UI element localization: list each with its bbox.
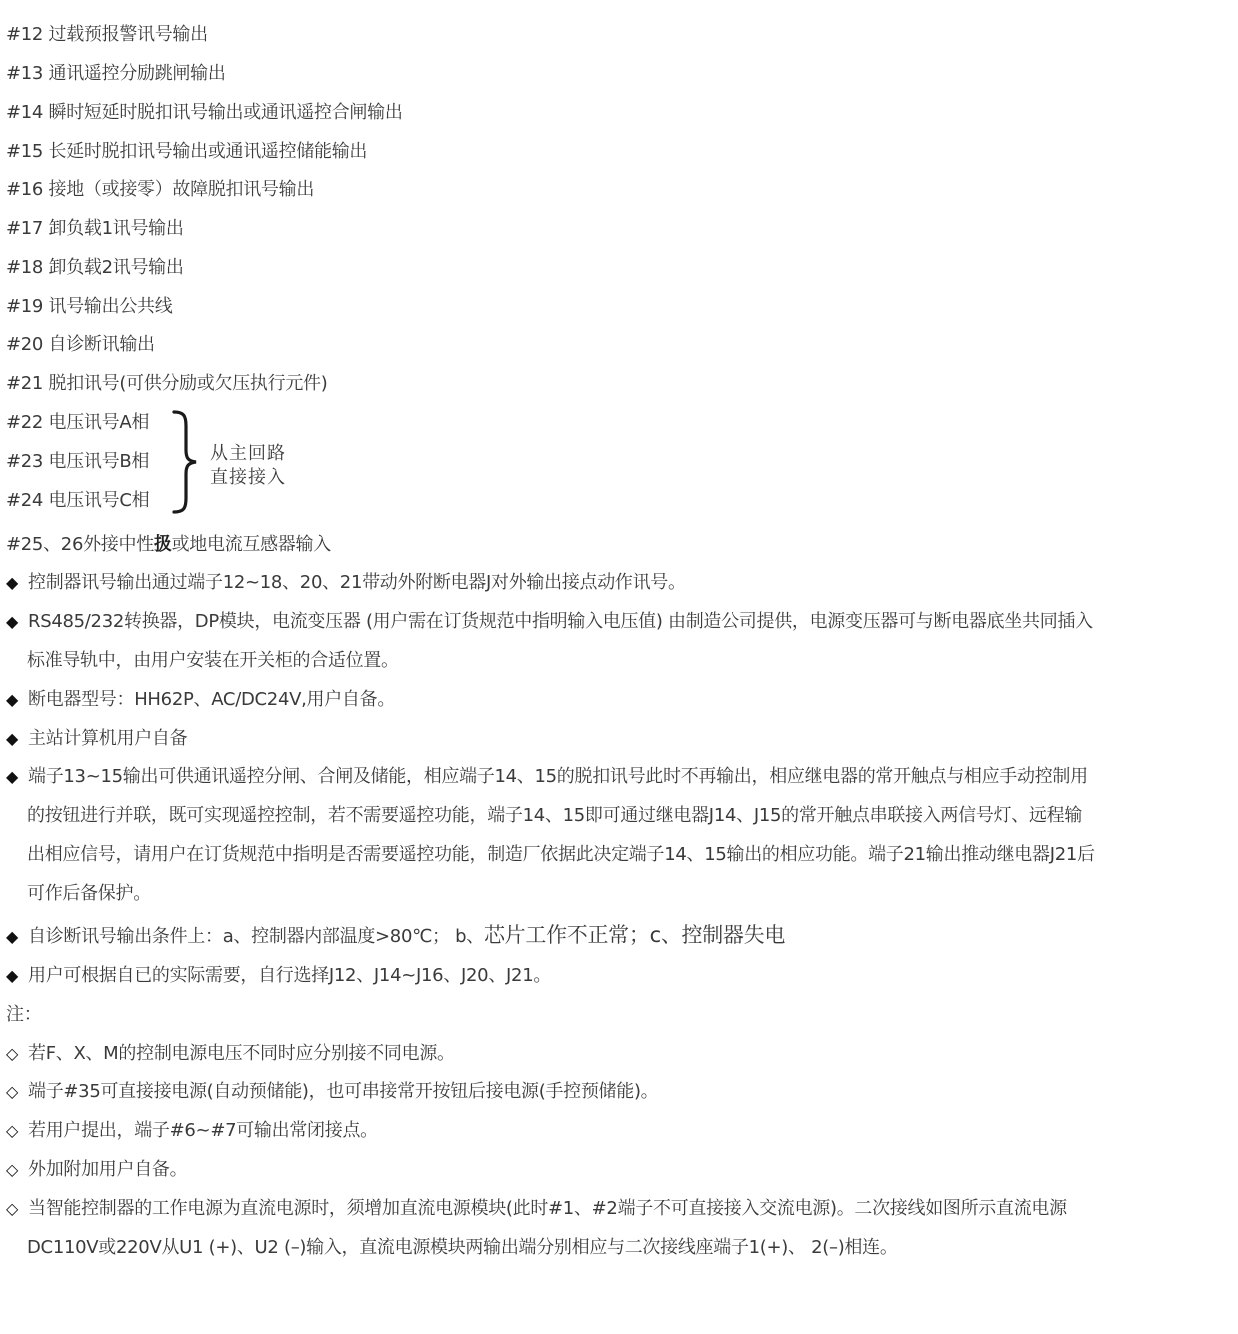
terminal-17: #17 卸负载1讯号输出 [6,217,184,241]
terminal-16: #16 接地（或接零）故障脱扣讯号输出 [6,178,314,202]
note-item: ◇若用户提出，端子#6~#7可输出常闭接点。 [6,1111,1231,1150]
notes-title: 注： [6,995,1231,1034]
note-item: ◇若F、X、M的控制电源电压不同时应分别接不同电源。 [6,1034,1231,1073]
terminal-21: #21 脱扣讯号(可供分励或欠压执行元件) [6,372,327,396]
diamond-filled-icon: ◆ [6,602,28,641]
diamond-filled-icon: ◆ [6,917,28,956]
terminal-12: #12 过载预报警讯号输出 [6,23,208,47]
diamond-filled-icon: ◆ [6,680,28,719]
terminal-15: #15 长延时脱扣讯号输出或通讯遥控储能输出 [6,140,367,164]
terminal-25-26: #25、26外接中性扱或地电流互感器输入 [6,533,331,557]
bullet-item: ◆RS485/232转换器，DP模块，电流变压器 (用户需在订货规范中指明输入电… [6,602,1231,680]
bullet-item: ◆自诊断讯号输出条件上：a、控制器内部温度>80℃； b、芯片工作不正常；c、控… [6,916,1231,956]
diamond-outline-icon: ◇ [6,1150,28,1189]
note-item: ◇端子#35可直接接电源(自动预储能)，也可串接常开按钮后接电源(手控预储能)。 [6,1072,1231,1111]
bullet-item: ◆断电器型号：HH62P、AC/DC24V,用户自备。 [6,680,1231,719]
terminal-24: #24 电压讯号C相 [6,489,149,513]
terminal-14: #14 瞬时短延时脱扣讯号输出或通讯遥控合闸输出 [6,101,403,125]
diamond-filled-icon: ◆ [6,757,28,796]
diamond-outline-icon: ◇ [6,1111,28,1150]
bullet-item: ◆用户可根据自已的实际需要，自行选择J12、J14~J16、J20、J21。 [6,956,1231,995]
curly-brace-icon [172,410,198,514]
terminal-22: #22 电压讯号A相 [6,411,149,435]
terminal-19: #19 讯号输出公共线 [6,295,172,319]
diamond-filled-icon: ◆ [6,719,28,758]
note-item: ◇当智能控制器的工作电源为直流电源时，须增加直流电源模块(此时#1、#2端子不可… [6,1189,1231,1267]
terminal-20: #20 自诊断讯输出 [6,333,155,357]
terminal-13: #13 通讯遥控分励跳闸输出 [6,62,226,86]
bullet-item: ◆控制器讯号输出通过端子12~18、20、21带动外附断电器J对外输出接点动作讯… [6,563,1231,602]
diamond-outline-icon: ◇ [6,1189,28,1228]
note-item: ◇外加附加用户自备。 [6,1150,1231,1189]
bullet-item: ◆端子13~15输出可供通讯遥控分闸、合闸及储能，相应端子14、15的脱扣讯号此… [6,757,1231,913]
diamond-outline-icon: ◇ [6,1034,28,1073]
diamond-filled-icon: ◆ [6,956,28,995]
terminal-23: #23 电压讯号B相 [6,450,149,474]
terminal-18: #18 卸负载2讯号输出 [6,256,184,280]
diamond-outline-icon: ◇ [6,1072,28,1111]
brace-label: 从主回路 直接接入 [210,442,286,490]
diamond-filled-icon: ◆ [6,563,28,602]
bullet-item: ◆主站计算机用户自备 [6,719,1231,758]
